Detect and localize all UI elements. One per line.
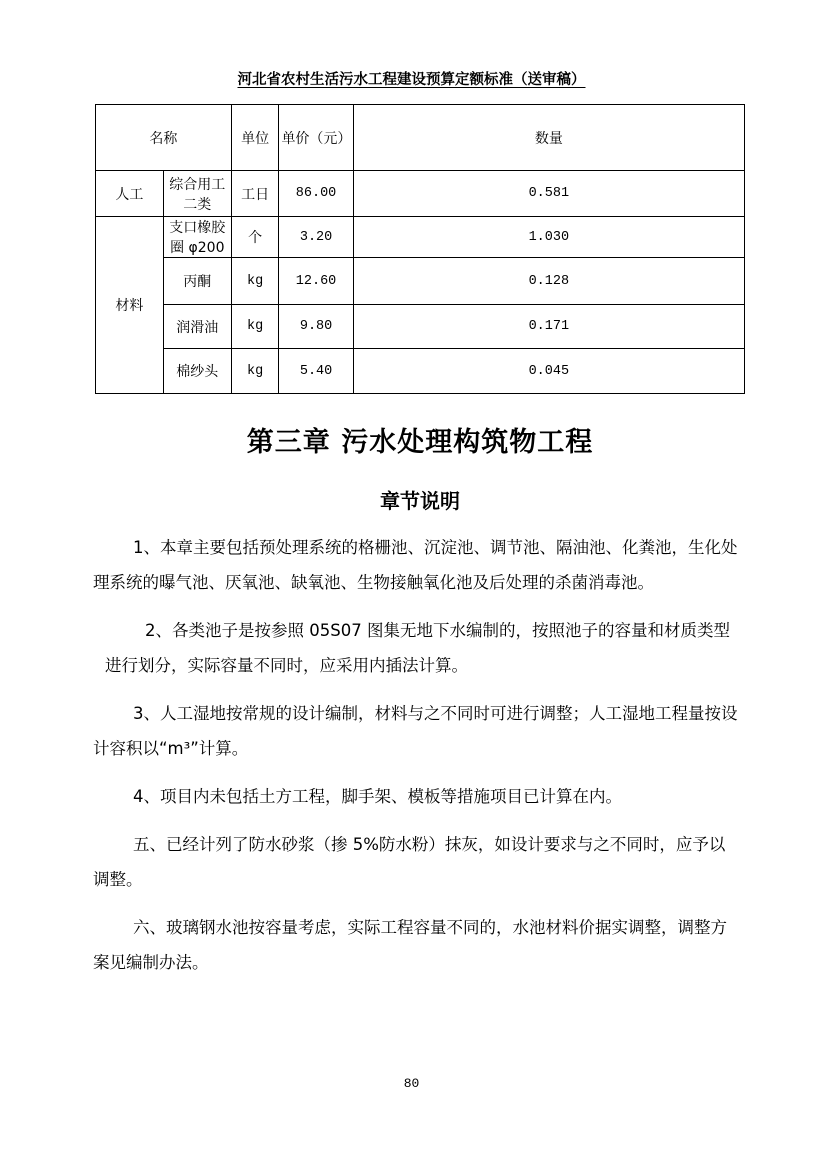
note-paragraph-2: 2、各类池子是按参照 05S07 图集无地下水编制的，按照池子的容量和材质类型进… (105, 613, 741, 683)
table-row: 人工 综合用工二类 工日 86.00 0.581 (96, 171, 745, 217)
unit-cell: kg (231, 305, 279, 349)
price-cell: 5.40 (279, 349, 353, 394)
header-cell-price: 单价（元） (279, 105, 353, 171)
price-cell: 9.80 (279, 305, 353, 349)
table-header-row: 名称 单位 单价（元） 数量 (96, 105, 745, 171)
section-subtitle: 章节说明 (95, 485, 745, 514)
chapter-notes: 1、本章主要包括预处理系统的格栅池、沉淀池、调节池、隔油池、化粪池，生化处理系统… (93, 530, 741, 993)
category-cell-labor: 人工 (96, 171, 164, 217)
note-paragraph-5: 五、已经计列了防水砂浆（掺 5%防水粉）抹灰，如设计要求与之不同时，应予以调整。 (93, 827, 741, 897)
table-row: 润滑油 kg 9.80 0.171 (96, 305, 745, 349)
chapter-title: 第三章 污水处理构筑物工程 (95, 420, 745, 459)
unit-cell: kg (231, 349, 279, 394)
name-cell: 综合用工二类 (163, 171, 231, 217)
document-header-title-text: 河北省农村生活污水工程建设预算定额标准（送审稿） (238, 72, 586, 88)
quantity-cell: 0.128 (353, 258, 744, 305)
name-cell: 丙酮 (163, 258, 231, 305)
quantity-cell: 1.030 (353, 217, 744, 258)
note-paragraph-1: 1、本章主要包括预处理系统的格栅池、沉淀池、调节池、隔油池、化粪池，生化处理系统… (93, 530, 741, 600)
quantity-cell: 0.045 (353, 349, 744, 394)
table-row: 棉纱头 kg 5.40 0.045 (96, 349, 745, 394)
document-page: 河北省农村生活污水工程建设预算定额标准（送审稿） 名称 单位 单价（元） 数量 … (0, 0, 823, 1165)
name-cell: 支口橡胶圈 φ200 (163, 217, 231, 258)
unit-cell: kg (231, 258, 279, 305)
quantity-cell: 0.581 (353, 171, 744, 217)
category-cell-material: 材料 (96, 217, 164, 394)
note-paragraph-3: 3、人工湿地按常规的设计编制，材料与之不同时可进行调整；人工湿地工程量按设计容积… (93, 696, 741, 766)
header-cell-name: 名称 (96, 105, 232, 171)
table-row: 丙酮 kg 12.60 0.128 (96, 258, 745, 305)
page-number: 80 (0, 1076, 823, 1091)
price-cell: 12.60 (279, 258, 353, 305)
document-header-title: 河北省农村生活污水工程建设预算定额标准（送审稿） (0, 68, 823, 89)
note-paragraph-4: 4、项目内未包括土方工程，脚手架、模板等措施项目已计算在内。 (93, 779, 741, 814)
unit-cell: 个 (231, 217, 279, 258)
table-row: 材料 支口橡胶圈 φ200 个 3.20 1.030 (96, 217, 745, 258)
unit-cell: 工日 (231, 171, 279, 217)
note-paragraph-6: 六、玻璃钢水池按容量考虑，实际工程容量不同的，水池材料价据实调整，调整方案见编制… (93, 910, 741, 980)
quantity-cell: 0.171 (353, 305, 744, 349)
header-cell-unit: 单位 (231, 105, 279, 171)
price-cell: 86.00 (279, 171, 353, 217)
name-cell: 棉纱头 (163, 349, 231, 394)
header-cell-quantity: 数量 (353, 105, 744, 171)
name-cell: 润滑油 (163, 305, 231, 349)
price-cell: 3.20 (279, 217, 353, 258)
quota-table: 名称 单位 单价（元） 数量 人工 综合用工二类 工日 86.00 0.581 … (95, 104, 745, 394)
